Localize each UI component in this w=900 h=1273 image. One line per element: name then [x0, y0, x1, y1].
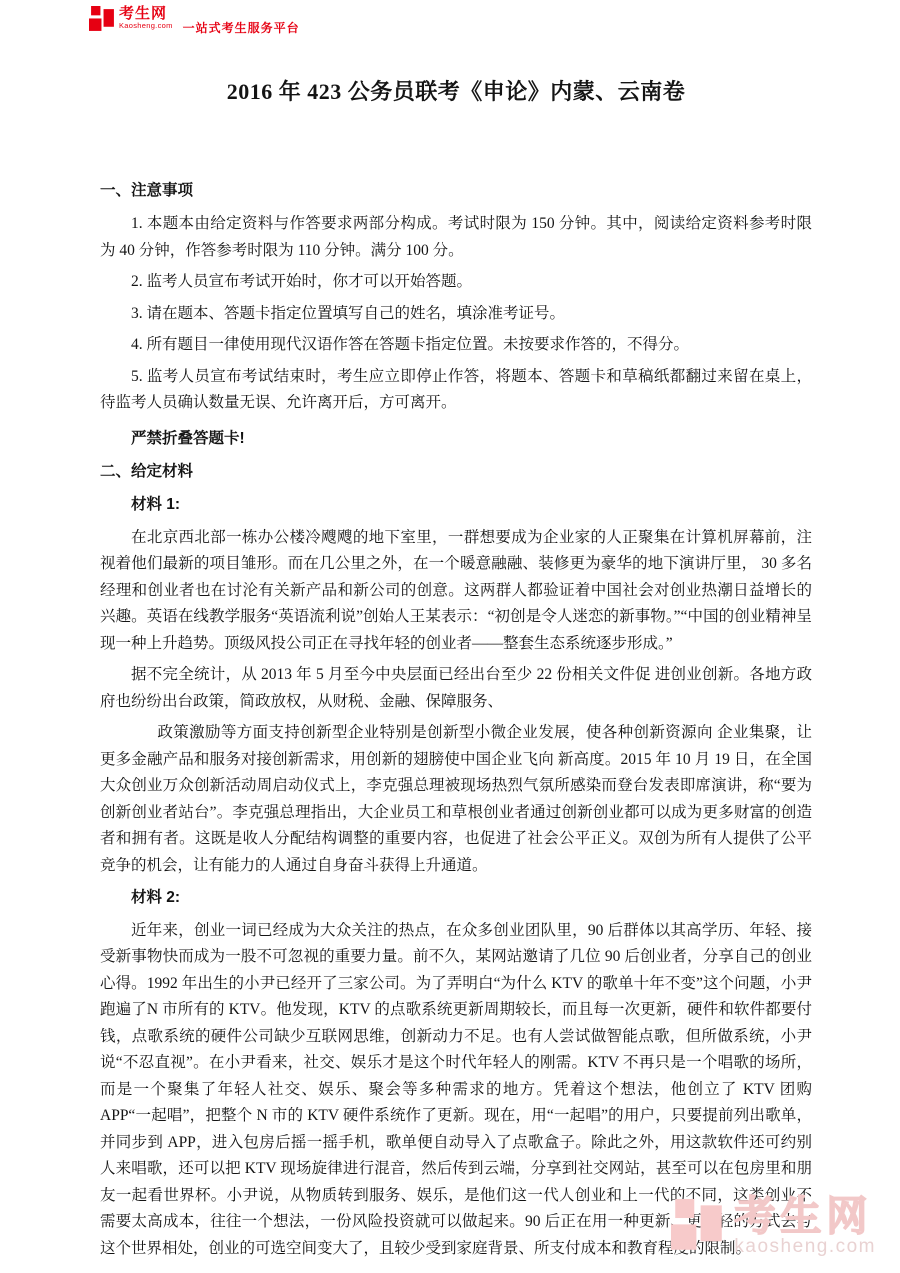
logo-domain: Kaosheng.com: [119, 22, 173, 30]
section-heading-notice: 一、注意事项: [100, 180, 812, 202]
warning-text: 严禁折叠答题卡!: [100, 426, 812, 453]
logo-text: 考生网 Kaosheng.com: [119, 6, 173, 30]
kaosheng-watermark: 考生网 kaosheng.com: [671, 1196, 876, 1257]
logo-name: 考生网: [119, 6, 173, 22]
notice-item-4: 4. 所有题目一律使用现代汉语作答在答题卡指定位置。未按要求作答的，不得分。: [100, 332, 812, 359]
material-2-label: 材料 2:: [100, 885, 812, 912]
material-1-paragraph: 据不完全统计，从 2013 年 5 月至今中央层面已经出台至少 22 份相关文件…: [100, 662, 812, 715]
notice-item-1: 1. 本题本由给定资料与作答要求两部分构成。考试时限为 150 分钟。其中，阅读…: [100, 211, 812, 264]
section-heading-materials: 二、给定材料: [100, 461, 812, 483]
watermark-text: 考生网 kaosheng.com: [734, 1196, 876, 1257]
document-content: 2016 年 423 公务员联考《申论》内蒙、云南卷 一、注意事项 1. 本题本…: [0, 0, 900, 1262]
kaosheng-logo-icon: [89, 6, 116, 33]
kaosheng-logo: 考生网 Kaosheng.com: [89, 6, 173, 33]
exam-document-page: 考生网 Kaosheng.com 一站式考生服务平台 2016 年 423 公务…: [0, 0, 900, 1273]
kaosheng-watermark-icon: [671, 1199, 726, 1254]
notice-item-2: 2. 监考人员宣布考试开始时，你才可以开始答题。: [100, 269, 812, 296]
page-title: 2016 年 423 公务员联考《申论》内蒙、云南卷: [100, 78, 812, 106]
logo-tagline: 一站式考生服务平台: [183, 19, 300, 36]
watermark-name: 考生网: [734, 1196, 876, 1236]
material-1-paragraph: 在北京西北部一栋办公楼冷飕飕的地下室里，一群想要成为企业家的人正聚集在计算机屏幕…: [100, 525, 812, 658]
material-1-paragraph: 政策激励等方面支持创新型企业特别是创新型小微企业发展，使各种创新资源向 企业集聚…: [100, 720, 812, 879]
watermark-domain: kaosheng.com: [734, 1237, 876, 1257]
material-1-label: 材料 1:: [100, 492, 812, 519]
site-header: 考生网 Kaosheng.com 一站式考生服务平台: [89, 6, 300, 36]
notice-item-3: 3. 请在题本、答题卡指定位置填写自己的姓名，填涂准考证号。: [100, 301, 812, 328]
notice-item-5: 5. 监考人员宣布考试结束时，考生应立即停止作答，将题本、答题卡和草稿纸都翻过来…: [100, 364, 812, 417]
